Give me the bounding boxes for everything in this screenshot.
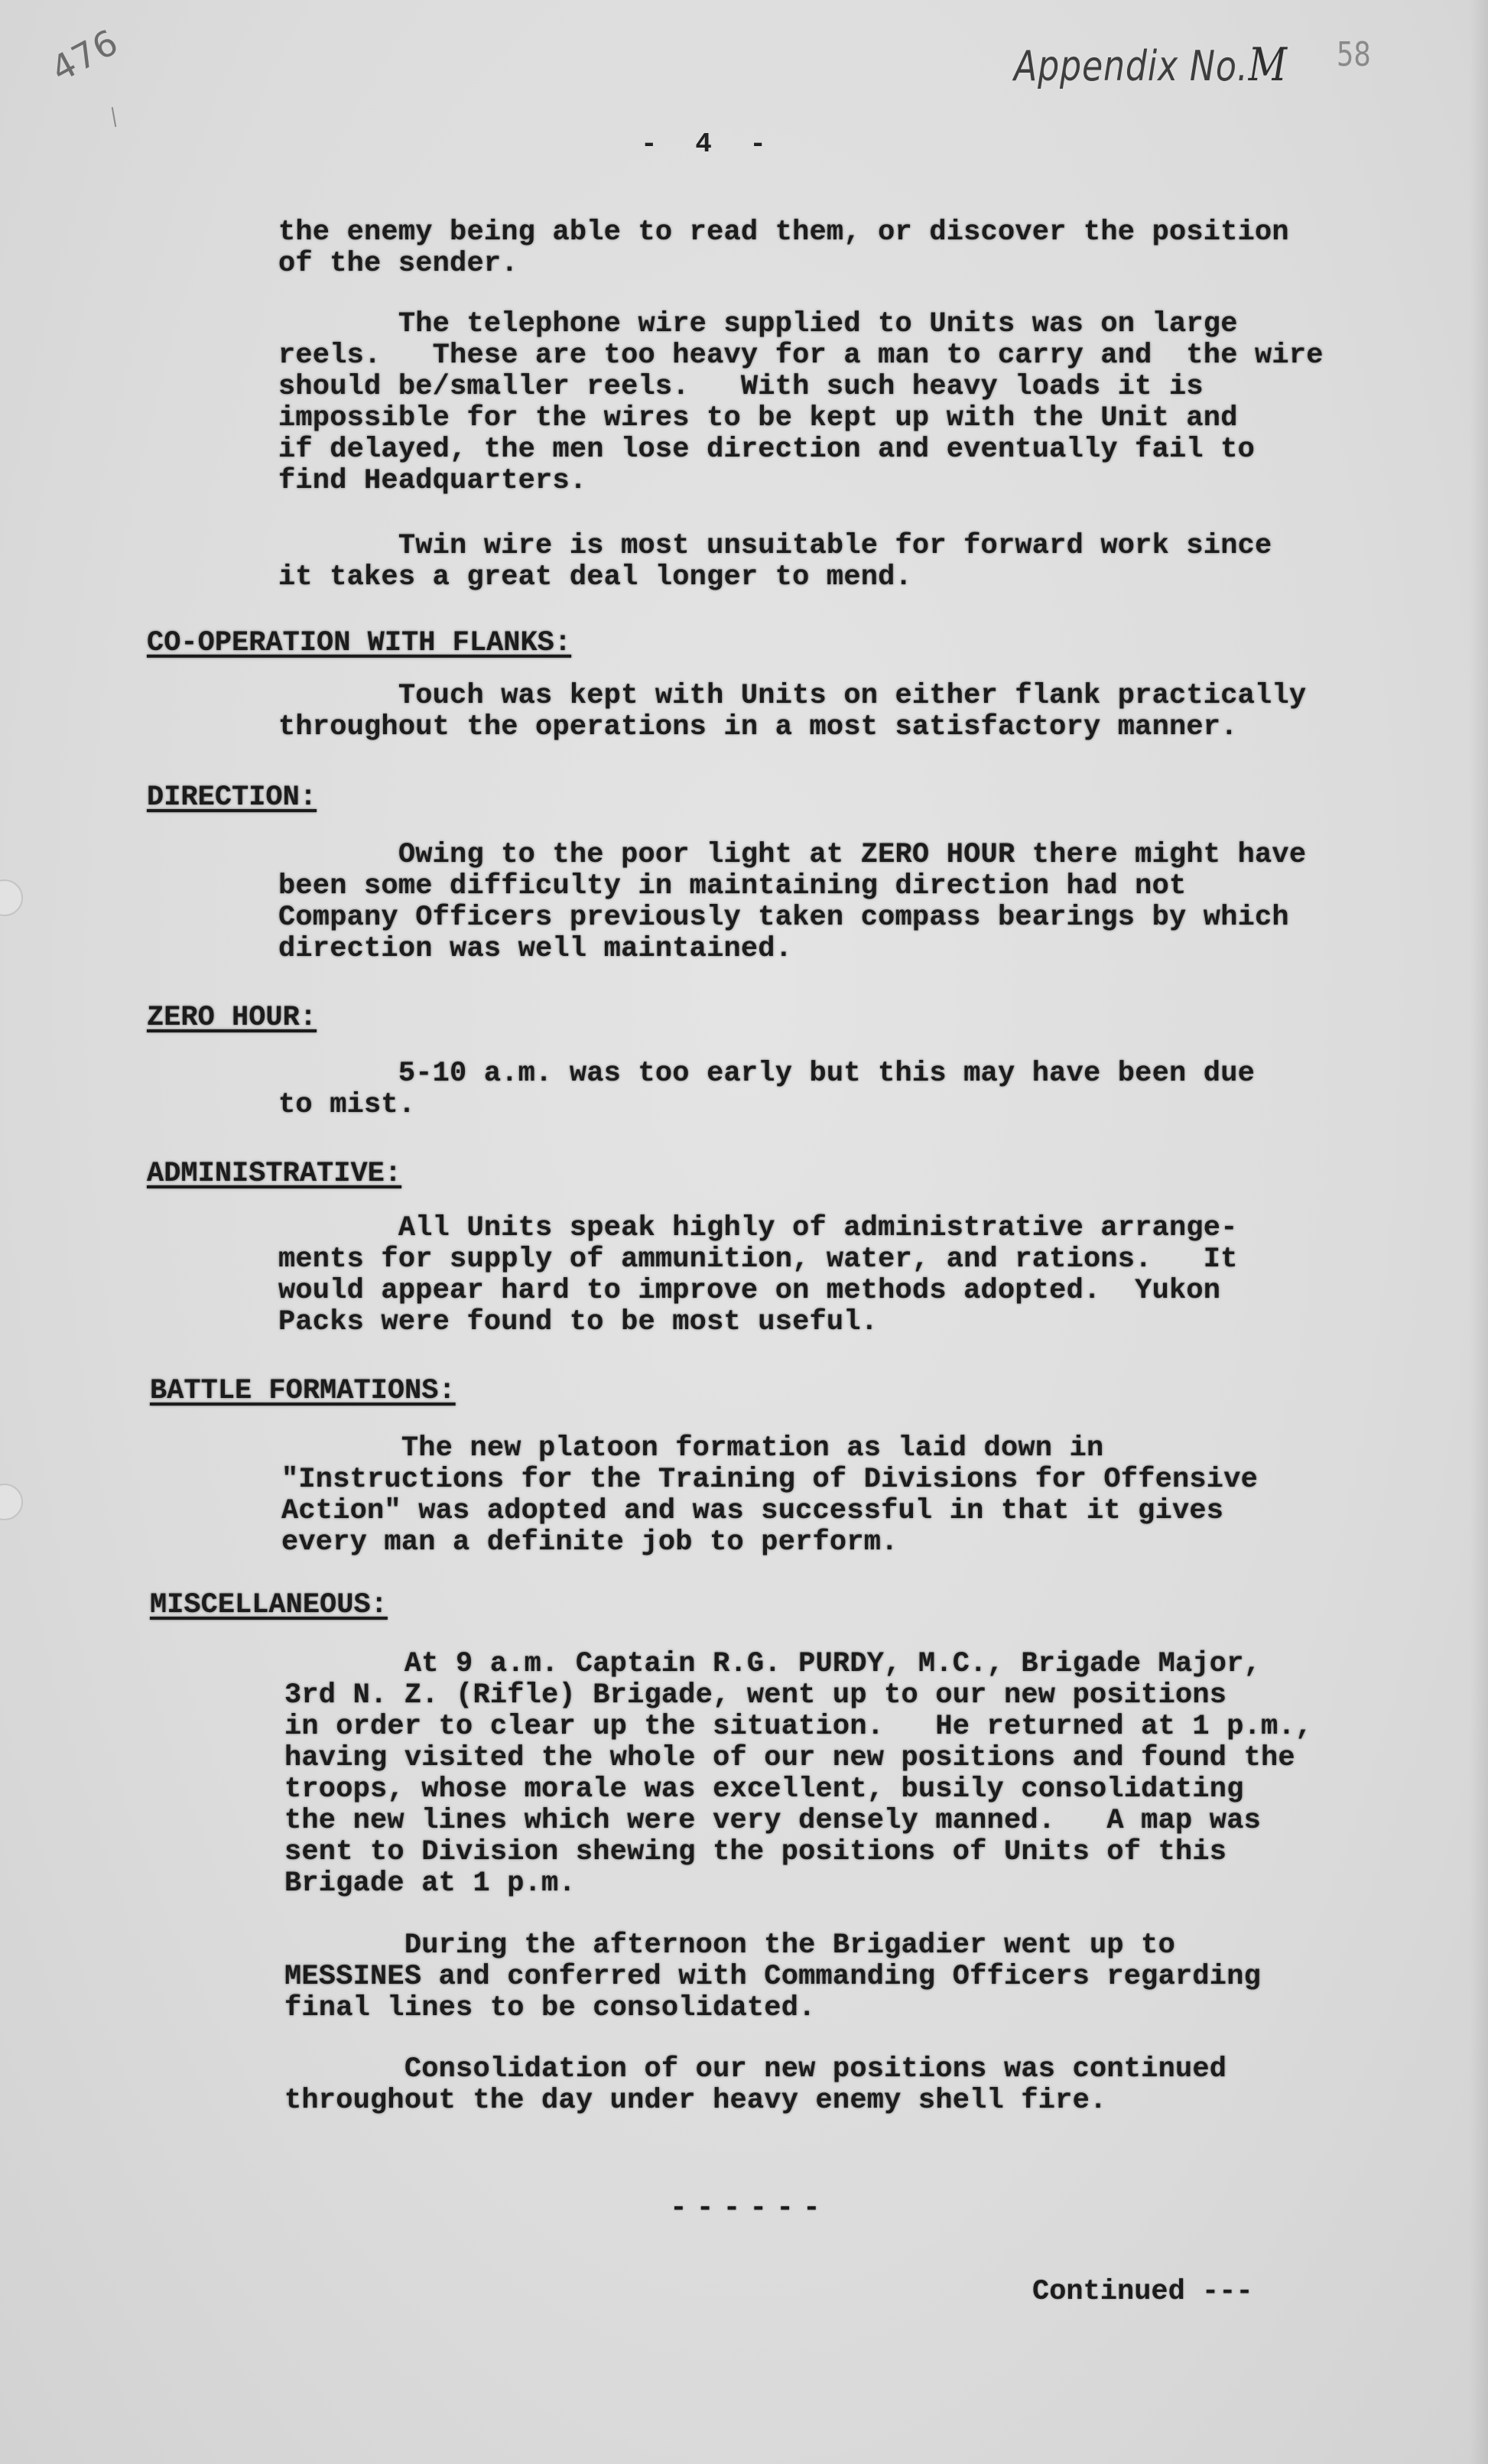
text-line: 3rd N. Z. (Rifle) Brigade, went up to ou…: [284, 1680, 1312, 1711]
page-number: - 4 -: [641, 128, 777, 160]
section-heading-battle-formations: BATTLE FORMATIONS:: [150, 1375, 456, 1407]
text-line: to mist.: [278, 1090, 1255, 1121]
appendix-mark: M: [1249, 38, 1288, 92]
folio-tick-mark: [112, 107, 116, 127]
text-line: Owing to the poor light at ZERO HOUR the…: [278, 840, 1306, 871]
text-line: having visited the whole of our new posi…: [284, 1743, 1312, 1774]
section-heading-administrative: ADMINISTRATIVE:: [147, 1158, 401, 1190]
appendix-label: Appendix No.: [1014, 42, 1249, 90]
punch-hole: [0, 1484, 23, 1520]
text-line: The telephone wire supplied to Units was…: [278, 309, 1324, 340]
paragraph: 5-10 a.m. was too early but this may hav…: [278, 1058, 1255, 1121]
text-line: 5-10 a.m. was too early but this may hav…: [278, 1058, 1255, 1090]
text-line: Packs were found to be most useful.: [278, 1307, 1238, 1338]
text-line: Company Officers previously taken compas…: [278, 902, 1306, 934]
text-line: every man a definite job to perform.: [281, 1527, 1258, 1559]
text-line: of the sender.: [278, 249, 1289, 280]
text-line: in order to clear up the situation. He r…: [284, 1711, 1312, 1743]
paragraph: All Units speak highly of administrative…: [278, 1213, 1238, 1338]
paragraph: During the afternoon the Brigadier went …: [284, 1930, 1261, 2024]
text-line: troops, whose morale was excellent, busi…: [284, 1774, 1312, 1806]
text-line: All Units speak highly of administrative…: [278, 1213, 1238, 1244]
paragraph: The telephone wire supplied to Units was…: [278, 309, 1324, 497]
paragraph: Twin wire is most unsuitable for forward…: [278, 531, 1272, 593]
section-heading-direction: DIRECTION:: [147, 782, 317, 814]
text-line: sent to Division shewing the positions o…: [284, 1837, 1312, 1868]
text-line: the new lines which were very densely ma…: [284, 1806, 1312, 1837]
appendix-stamp: Appendix No.M: [1014, 38, 1288, 92]
text-line: "Instructions for the Training of Divisi…: [281, 1464, 1258, 1496]
text-line: the enemy being able to read them, or di…: [278, 217, 1289, 249]
text-line: Touch was kept with Units on either flan…: [278, 681, 1306, 712]
text-line: reels. These are too heavy for a man to …: [278, 340, 1324, 372]
document-page: 476 Appendix No.M 58 - 4 - the enemy bei…: [0, 0, 1488, 2464]
text-line: if delayed, the men lose direction and e…: [278, 434, 1324, 466]
handwritten-folio-number: 476: [44, 21, 125, 89]
paragraph: the enemy being able to read them, or di…: [278, 217, 1289, 280]
paragraph: At 9 a.m. Captain R.G. PURDY, M.C., Brig…: [284, 1649, 1312, 1900]
appendix-number: 58: [1337, 35, 1371, 74]
section-heading-miscellaneous: MISCELLANEOUS:: [150, 1589, 388, 1621]
text-line: throughout the day under heavy enemy she…: [284, 2085, 1226, 2117]
text-line: Action" was adopted and was successful i…: [281, 1496, 1258, 1527]
text-line: Brigade at 1 p.m.: [284, 1868, 1312, 1900]
text-line: Twin wire is most unsuitable for forward…: [278, 531, 1272, 562]
text-line: ments for supply of ammunition, water, a…: [278, 1244, 1238, 1276]
punch-hole: [0, 879, 23, 916]
text-line: impossible for the wires to be kept up w…: [278, 403, 1324, 434]
text-line: At 9 a.m. Captain R.G. PURDY, M.C., Brig…: [284, 1649, 1312, 1680]
text-line: final lines to be consolidated.: [284, 1993, 1261, 2024]
text-line: During the afternoon the Brigadier went …: [284, 1930, 1261, 1962]
text-line: find Headquarters.: [278, 466, 1324, 497]
text-line: throughout the operations in a most sati…: [278, 712, 1306, 743]
paragraph: Owing to the poor light at ZERO HOUR the…: [278, 840, 1306, 965]
section-separator: ------: [670, 2192, 830, 2225]
section-heading-zero-hour: ZERO HOUR:: [147, 1002, 317, 1034]
text-line: The new platoon formation as laid down i…: [281, 1433, 1258, 1464]
text-line: direction was well maintained.: [278, 934, 1306, 965]
text-line: would appear hard to improve on methods …: [278, 1276, 1238, 1307]
paragraph: Touch was kept with Units on either flan…: [278, 681, 1306, 743]
text-line: Consolidation of our new positions was c…: [284, 2054, 1226, 2085]
paragraph: Consolidation of our new positions was c…: [284, 2054, 1226, 2117]
paragraph: The new platoon formation as laid down i…: [281, 1433, 1258, 1559]
section-heading-co-operation: CO-OPERATION WITH FLANKS:: [147, 627, 571, 659]
text-line: it takes a great deal longer to mend.: [278, 562, 1272, 593]
page-edge-shadow: [1470, 0, 1488, 2464]
text-line: been some difficulty in maintaining dire…: [278, 871, 1306, 902]
text-line: MESSINES and conferred with Commanding O…: [284, 1962, 1261, 1993]
text-line: should be/smaller reels. With such heavy…: [278, 372, 1324, 403]
continued-note: Continued ---: [1032, 2276, 1253, 2308]
